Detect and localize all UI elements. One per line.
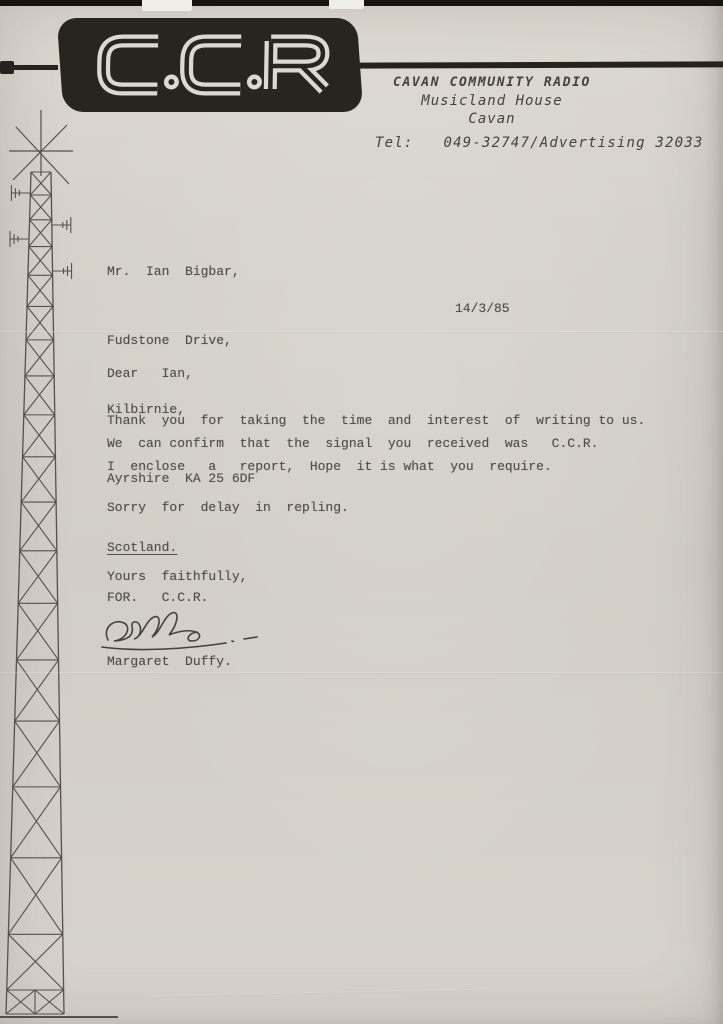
- letterhead-rule-right: [352, 61, 723, 68]
- body-line: I enclose a report, Hope it is what you …: [107, 455, 645, 478]
- tel-label: Tel:: [375, 135, 414, 151]
- recipient-country: Scotland.: [107, 536, 255, 559]
- letterhead-address-line2: Cavan: [376, 110, 608, 128]
- letterhead-address-line1: Musicland House: [376, 92, 608, 110]
- tape-mark: [142, 0, 192, 11]
- body-line: Thank you for taking the time and intere…: [107, 409, 645, 432]
- body-line: We can confirm that the signal you recei…: [107, 432, 645, 455]
- tape-mark: [329, 0, 364, 9]
- letter-date: 14/3/85: [455, 301, 510, 316]
- salutation: Dear Ian,: [107, 366, 193, 381]
- letterhead-header: CAVAN COMMUNITY RADIO Musicland House Ca…: [376, 74, 608, 128]
- letter-paragraph: Thank you for taking the time and intere…: [107, 409, 645, 478]
- letterhead-phone: Tel: 049-32747/Advertising 32033: [375, 135, 704, 151]
- handwritten-signature: [98, 608, 273, 660]
- for-line: FOR. C.C.R.: [107, 587, 247, 608]
- org-name: CAVAN COMMUNITY RADIO: [376, 74, 608, 92]
- apology-line: Sorry for delay in repling.: [107, 500, 349, 515]
- paper-crease: [150, 988, 490, 997]
- valediction: Yours faithfully,: [107, 566, 247, 587]
- signatory-name: Margaret Duffy.: [107, 654, 232, 669]
- letter-page: C.C.R: [0, 0, 723, 1024]
- tel-value: 049-32747/Advertising 32033: [444, 135, 704, 151]
- recipient-line: Mr. Ian Bigbar,: [107, 260, 255, 283]
- recipient-line: Fudstone Drive,: [107, 329, 255, 352]
- closing-block: Yours faithfully, FOR. C.C.R.: [107, 566, 247, 608]
